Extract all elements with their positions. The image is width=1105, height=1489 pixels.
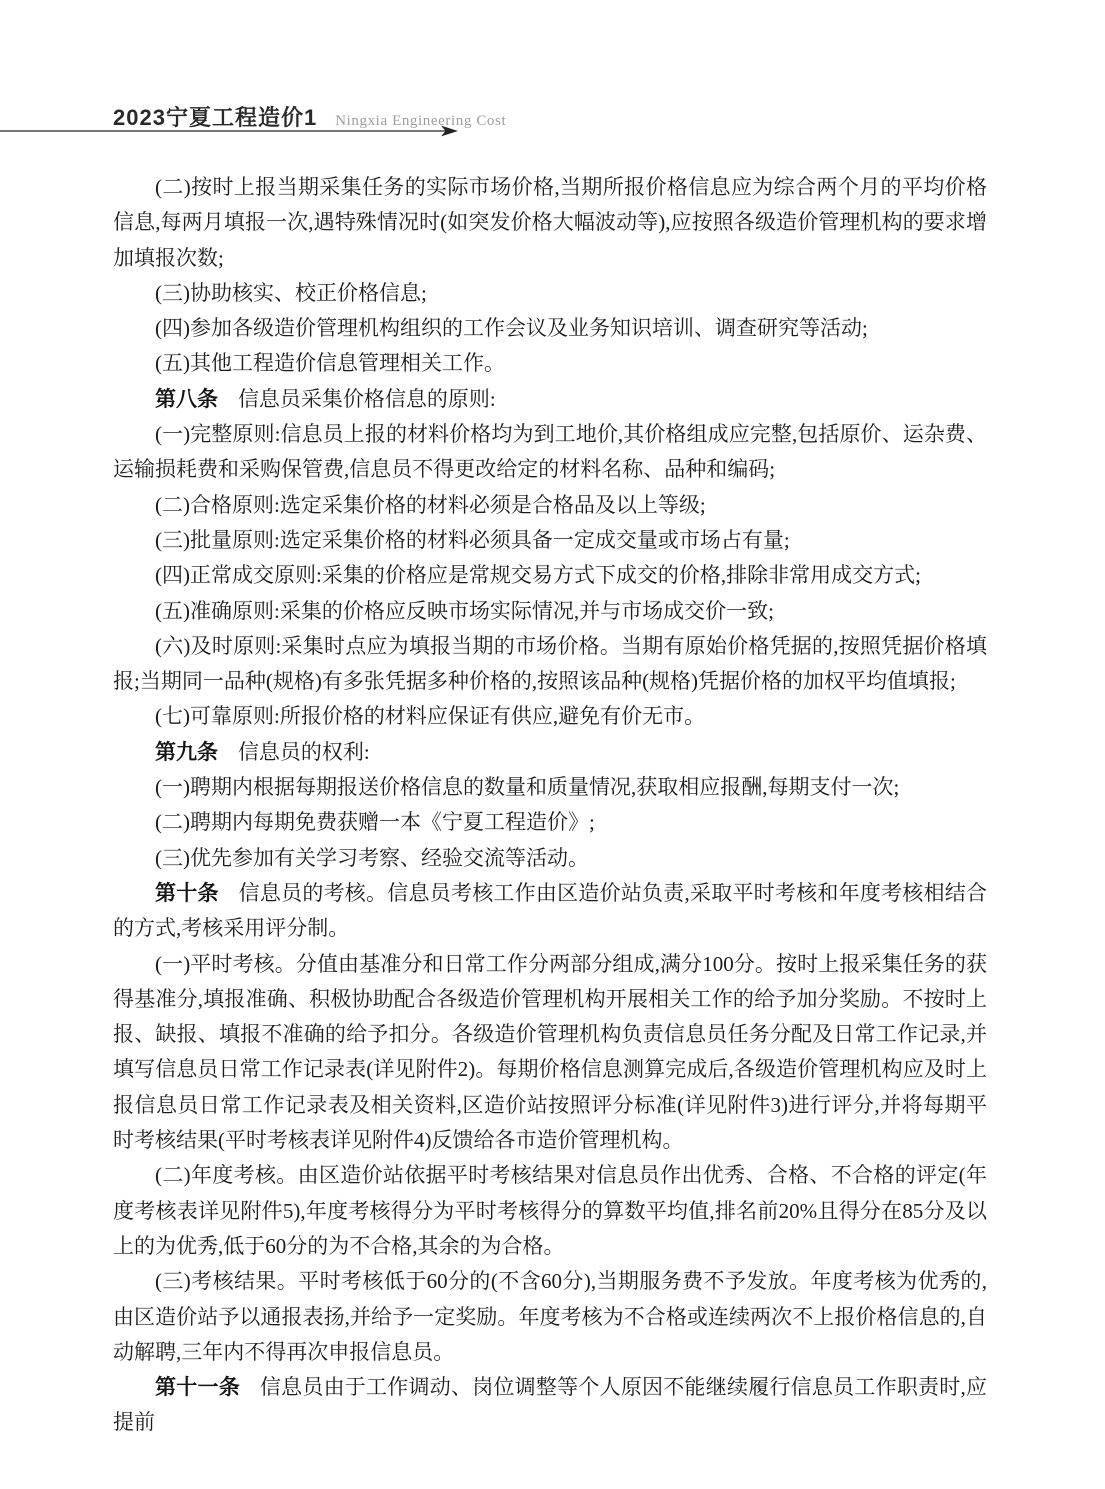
paragraph-text: (二)合格原则:选定采集价格的材料必须是合格品及以上等级; — [155, 493, 706, 517]
paragraph-text: (一)聘期内根据每期报送价格信息的数量和质量情况,获取相应报酬,每期支付一次; — [155, 775, 899, 799]
paragraph: (三)考核结果。平时考核低于60分的(不含60分),当期服务费不予发放。年度考核… — [113, 1264, 987, 1370]
article-number: 第十一条 — [155, 1376, 240, 1399]
article-paragraph: 第九条信息员的权利: — [113, 735, 987, 770]
paragraph: (四)正常成交原则:采集的价格应是常规交易方式下成交的价格,排除非常用成交方式; — [113, 558, 987, 593]
paragraph-text: (三)协助核实、校正价格信息; — [155, 281, 427, 305]
paragraph: (一)聘期内根据每期报送价格信息的数量和质量情况,获取相应报酬,每期支付一次; — [113, 770, 987, 805]
article-number: 第九条 — [155, 741, 218, 764]
paragraph-text: (四)参加各级造价管理机构组织的工作会议及业务知识培训、调查研究等活动; — [155, 316, 868, 340]
paragraph-text: (五)其他工程造价信息管理相关工作。 — [155, 351, 505, 375]
paragraph-text: 信息员的权利: — [238, 740, 370, 764]
paragraph-text: (一)完整原则:信息员上报的材料价格均为到工地价,其价格组成应完整,包括原价、运… — [113, 422, 987, 481]
paragraph: (五)其他工程造价信息管理相关工作。 — [113, 346, 987, 381]
paragraph: (三)协助核实、校正价格信息; — [113, 276, 987, 311]
document-body: (二)按时上报当期采集任务的实际市场价格,当期所报价格信息应为综合两个月的平均价… — [113, 170, 987, 1441]
paragraph-text: (二)聘期内每期免费获赠一本《宁夏工程造价》; — [155, 810, 595, 834]
paragraph-text: (六)及时原则:采集时点应为填报当期的市场价格。当期有原始价格凭据的,按照凭据价… — [113, 634, 987, 693]
article-paragraph: 第八条信息员采集价格信息的原则: — [113, 382, 987, 417]
article-number: 第八条 — [155, 388, 218, 411]
header-rule-arrow-icon — [0, 123, 470, 139]
paragraph: (四)参加各级造价管理机构组织的工作会议及业务知识培训、调查研究等活动; — [113, 311, 987, 346]
paragraph: (二)合格原则:选定采集价格的材料必须是合格品及以上等级; — [113, 488, 987, 523]
document-page: 2023宁夏工程造价1 Ningxia Engineering Cost (二)… — [0, 0, 1105, 1489]
paragraph-text: (二)按时上报当期采集任务的实际市场价格,当期所报价格信息应为综合两个月的平均价… — [113, 175, 987, 270]
paragraph-text: (二)年度考核。由区造价站依据平时考核结果对信息员作出优秀、合格、不合格的评定(… — [113, 1163, 987, 1258]
paragraph-text: 信息员采集价格信息的原则: — [238, 387, 496, 411]
paragraph: (五)准确原则:采集的价格应反映市场实际情况,并与市场成交价一致; — [113, 594, 987, 629]
paragraph-text: (三)批量原则:选定采集价格的材料必须具备一定成交量或市场占有量; — [155, 528, 790, 552]
paragraph-text: (七)可靠原则:所报价格的材料应保证有供应,避免有价无市。 — [155, 704, 705, 728]
paragraph: (一)平时考核。分值由基准分和日常工作分两部分组成,满分100分。按时上报采集任… — [113, 947, 987, 1159]
paragraph: (二)年度考核。由区造价站依据平时考核结果对信息员作出优秀、合格、不合格的评定(… — [113, 1158, 987, 1264]
paragraph: (三)优先参加有关学习考察、经验交流等活动。 — [113, 841, 987, 876]
article-number: 第十条 — [155, 882, 219, 905]
page-header: 2023宁夏工程造价1 Ningxia Engineering Cost — [0, 0, 480, 150]
paragraph-text: (一)平时考核。分值由基准分和日常工作分两部分组成,满分100分。按时上报采集任… — [113, 952, 987, 1152]
paragraph-text: (四)正常成交原则:采集的价格应是常规交易方式下成交的价格,排除非常用成交方式; — [155, 563, 921, 587]
paragraph: (二)按时上报当期采集任务的实际市场价格,当期所报价格信息应为综合两个月的平均价… — [113, 170, 987, 276]
paragraph-text: 信息员由于工作调动、岗位调整等个人原因不能继续履行信息员工作职责时,应提前 — [113, 1375, 987, 1434]
article-paragraph: 第十一条信息员由于工作调动、岗位调整等个人原因不能继续履行信息员工作职责时,应提… — [113, 1370, 987, 1441]
paragraph-text: (三)考核结果。平时考核低于60分的(不含60分),当期服务费不予发放。年度考核… — [113, 1269, 987, 1364]
paragraph: (一)完整原则:信息员上报的材料价格均为到工地价,其价格组成应完整,包括原价、运… — [113, 417, 987, 488]
paragraph: (六)及时原则:采集时点应为填报当期的市场价格。当期有原始价格凭据的,按照凭据价… — [113, 629, 987, 700]
paragraph-text: 信息员的考核。信息员考核工作由区造价站负责,采取平时考核和年度考核相结合的方式,… — [113, 881, 987, 940]
paragraph-text: (五)准确原则:采集的价格应反映市场实际情况,并与市场成交价一致; — [155, 599, 774, 623]
paragraph-text: (三)优先参加有关学习考察、经验交流等活动。 — [155, 846, 589, 870]
paragraph: (三)批量原则:选定采集价格的材料必须具备一定成交量或市场占有量; — [113, 523, 987, 558]
paragraph: (七)可靠原则:所报价格的材料应保证有供应,避免有价无市。 — [113, 699, 987, 734]
article-paragraph: 第十条信息员的考核。信息员考核工作由区造价站负责,采取平时考核和年度考核相结合的… — [113, 876, 987, 947]
paragraph: (二)聘期内每期免费获赠一本《宁夏工程造价》; — [113, 805, 987, 840]
